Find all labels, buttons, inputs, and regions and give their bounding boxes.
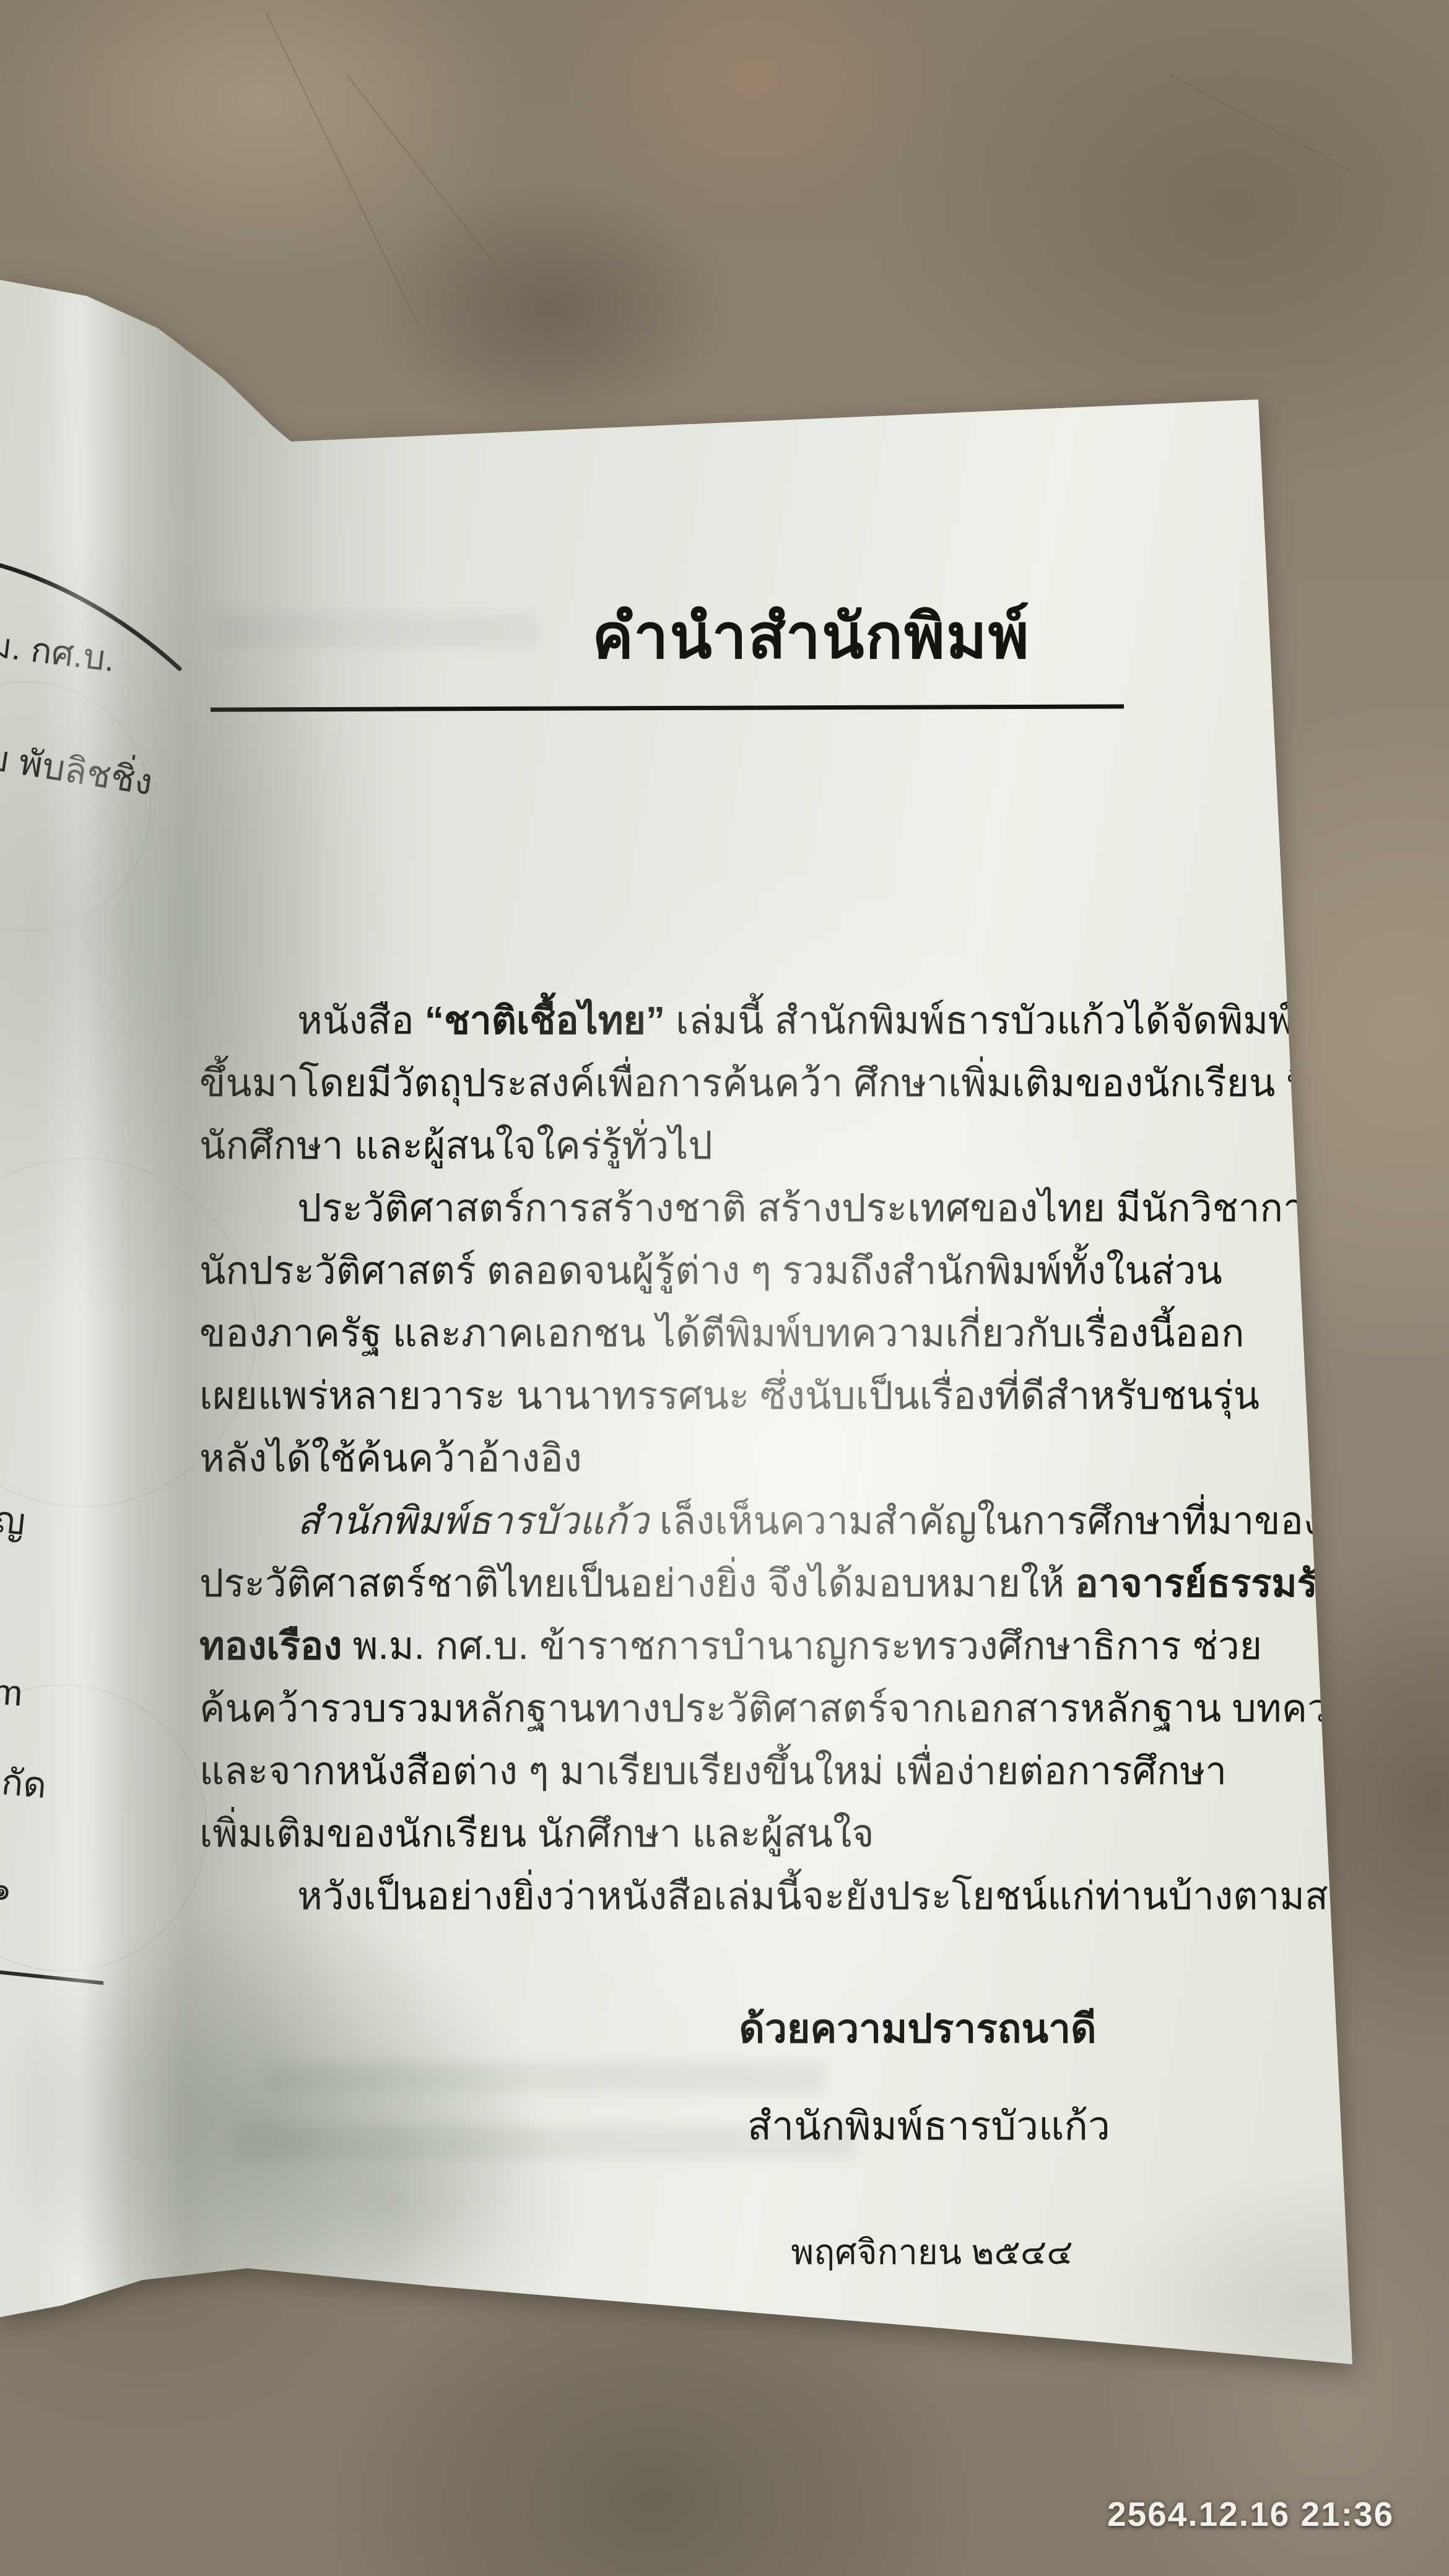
text-line: ของภาครัฐ และภาคเอกชน ได้ตีพิมพ์บทความเก… bbox=[199, 1302, 1147, 1365]
text-line: ทองเรือง พ.ม. กศ.บ. ข้าราชการบำนาญกระทรว… bbox=[199, 1615, 1147, 1677]
text-segment: หวังเป็นอย่างยิ่งว่าหนังสือเล่มนี้จะยังป… bbox=[297, 1875, 1421, 1918]
text-line: เพิ่มเติมของนักเรียน นักศึกษา และผู้สนใจ bbox=[199, 1803, 1147, 1865]
italic-text: สำนักพิมพ์ธารบัวแก้ว bbox=[297, 1500, 649, 1543]
text-line: และจากหนังสือต่าง ๆ มาเรียบเรียงขึ้นใหม่… bbox=[199, 1740, 1147, 1803]
open-book: ม. กศ.บ.ีย พับลิชชิ่งญmำกัด๑ คำนำสำนักพิ… bbox=[0, 0, 1449, 2576]
closing-line: พฤศจิกายน ๒๕๔๔ bbox=[791, 2224, 1073, 2279]
text-line: ขึ้นมาโดยมีวัตถุประสงค์เพื่อการค้นคว้า ศ… bbox=[199, 1052, 1147, 1115]
closing-line: สำนักพิมพ์ธารบัวแก้ว bbox=[747, 2094, 1110, 2157]
text-line: นักศึกษา และผู้สนใจใคร่รู้ทั่วไป bbox=[199, 1115, 1147, 1177]
watermark-circle bbox=[0, 1684, 207, 1972]
left-page-text-fragment: ำกัด bbox=[0, 1751, 49, 1814]
text-segment: ของภาครัฐ และภาคเอกชน ได้ตีพิมพ์บทความเก… bbox=[199, 1312, 1245, 1355]
text-segment: ค้นคว้ารวบรวมหลักฐานทางประวัติศาสตร์จากเ… bbox=[199, 1687, 1376, 1730]
left-page-divider-line bbox=[0, 1970, 103, 1985]
preface-body-text: หนังสือ “ชาติเชื้อไทย” เล่มนี้ สำนักพิมพ… bbox=[199, 990, 1147, 1928]
text-line: หนังสือ “ชาติเชื้อไทย” เล่มนี้ สำนักพิมพ… bbox=[199, 990, 1147, 1052]
text-segment: พ.ม. กศ.บ. ข้าราชการบำนาญกระทรวงศึกษาธิก… bbox=[342, 1625, 1262, 1668]
bold-text: ทองเรือง bbox=[199, 1625, 342, 1668]
text-line: นักประวัติศาสตร์ ตลอดจนผู้รู้ต่าง ๆ รวมถ… bbox=[199, 1240, 1147, 1302]
text-segment: นักศึกษา และผู้สนใจใคร่รู้ทั่วไป bbox=[199, 1125, 713, 1167]
text-line: ค้นคว้ารวบรวมหลักฐานทางประวัติศาสตร์จากเ… bbox=[199, 1677, 1147, 1740]
bold-text: อาจารย์ธรรมรัตน์ bbox=[1075, 1562, 1368, 1605]
left-page-text-fragment: m bbox=[0, 1671, 24, 1714]
text-segment: ประวัติศาสตร์การสร้างชาติ สร้างประเทศของ… bbox=[297, 1187, 1325, 1230]
text-segment: หนังสือ bbox=[297, 999, 425, 1042]
bold-text: “ชาติเชื้อไทย” bbox=[425, 999, 665, 1042]
text-segment: นักประวัติศาสตร์ ตลอดจนผู้รู้ต่าง ๆ รวมถ… bbox=[199, 1250, 1222, 1292]
text-line: สำนักพิมพ์ธารบัวแก้ว เล็งเห็นความสำคัญใน… bbox=[199, 1490, 1147, 1552]
text-line: ประวัติศาสตร์การสร้างชาติ สร้างประเทศของ… bbox=[199, 1177, 1147, 1240]
text-line: เผยแพร่หลายวาระ นานาทรรศนะ ซึ่งนับเป็นเร… bbox=[199, 1365, 1147, 1427]
book-page: ม. กศ.บ.ีย พับลิชชิ่งญmำกัด๑ คำนำสำนักพิ… bbox=[0, 0, 1449, 2576]
show-through-text bbox=[217, 613, 539, 648]
text-segment: เล่มนี้ สำนักพิมพ์ธารบัวแก้วได้จัดพิมพ์ bbox=[665, 999, 1294, 1042]
text-line: ประวัติศาสตร์ชาติไทยเป็นอย่างยิ่ง จึงได้… bbox=[199, 1552, 1147, 1615]
camera-timestamp: 2564.12.16 21:36 bbox=[1107, 2494, 1394, 2534]
text-segment: หลังได้ใช้ค้นคว้าอ้างอิง bbox=[199, 1437, 582, 1480]
text-segment: เผยแพร่หลายวาระ นานาทรรศนะ ซึ่งนับเป็นเร… bbox=[199, 1375, 1260, 1417]
text-segment: ขึ้นมาโดยมีวัตถุประสงค์เพื่อการค้นคว้า ศ… bbox=[199, 1062, 1360, 1105]
text-line: หลังได้ใช้ค้นคว้าอ้างอิง bbox=[199, 1427, 1147, 1490]
text-line: หวังเป็นอย่างยิ่งว่าหนังสือเล่มนี้จะยังป… bbox=[199, 1865, 1147, 1928]
preface-title: คำนำสำนักพิมพ์ bbox=[592, 587, 1030, 685]
text-segment: และจากหนังสือต่าง ๆ มาเรียบเรียงขึ้นใหม่… bbox=[199, 1750, 1227, 1793]
left-page-text-fragment: ญ bbox=[0, 1490, 28, 1552]
title-underline bbox=[211, 704, 1124, 711]
text-segment: ประวัติศาสตร์ชาติไทยเป็นอย่างยิ่ง จึงได้… bbox=[199, 1562, 1075, 1605]
show-through-text bbox=[266, 2062, 824, 2092]
text-segment: เล็งเห็นความสำคัญในการศึกษาที่มาของ bbox=[649, 1500, 1322, 1543]
text-segment: เพิ่มเติมของนักเรียน นักศึกษา และผู้สนใจ bbox=[199, 1812, 874, 1855]
closing-line: ด้วยความปรารถนาดี bbox=[739, 1997, 1096, 2060]
